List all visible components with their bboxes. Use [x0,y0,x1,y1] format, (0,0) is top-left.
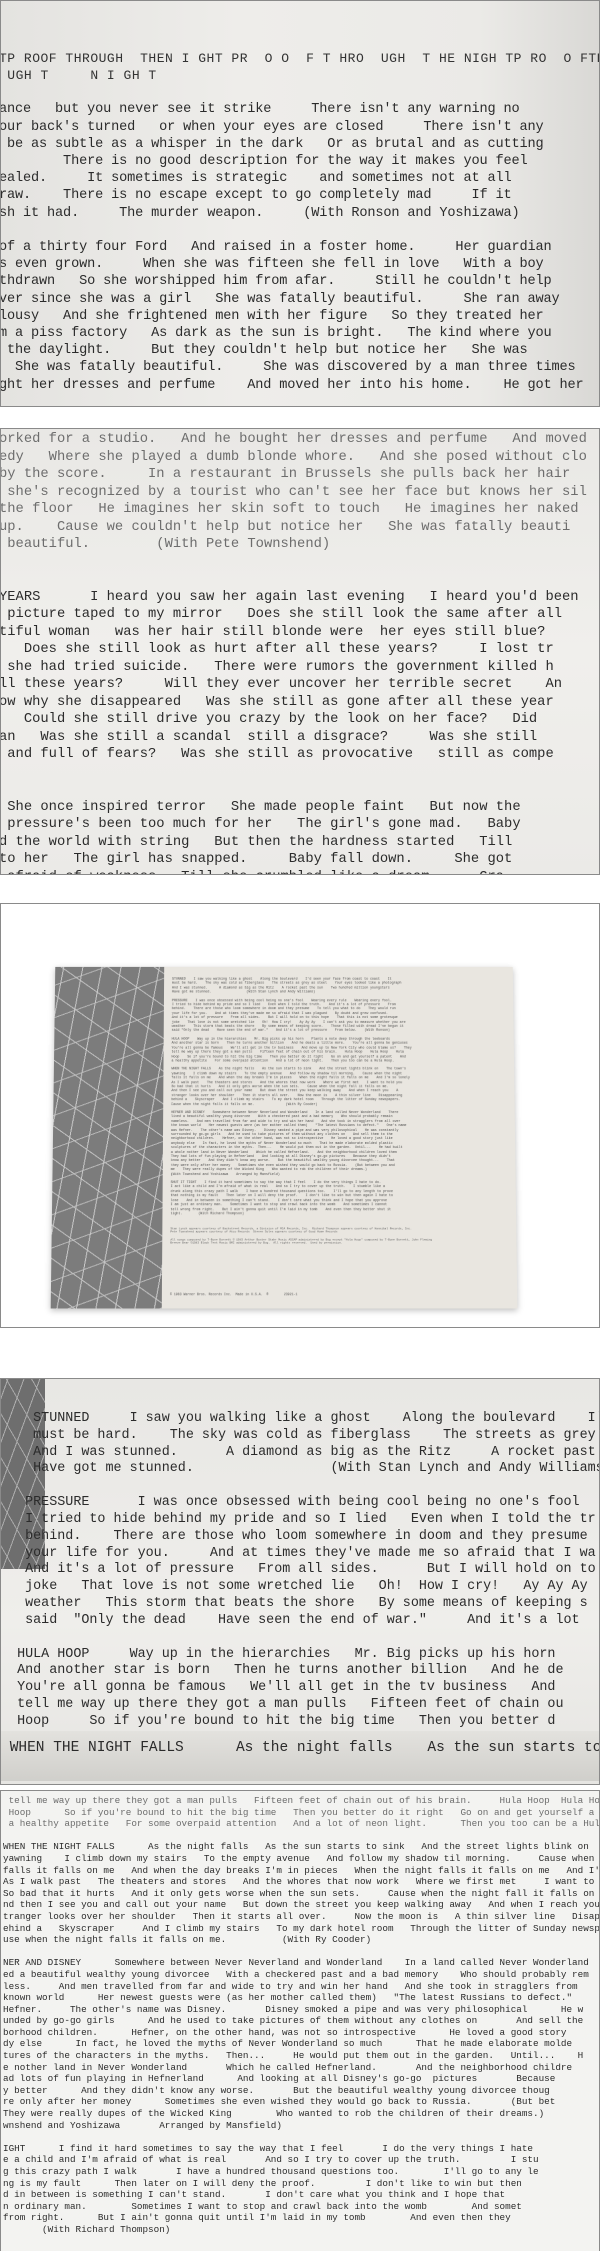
lyric-line: wnshend and Yoshizawa Arranged by Mansfi… [3,2120,599,2132]
lyric-line: she's recognized by a tourist who can't … [0,484,599,502]
lyric-line: g this crazy path I walk I have a hundre… [3,2166,599,2178]
lyric-line: And another star is born Then he turns a… [1,1663,599,1680]
sleeve-song-block: HULA HOOP Way up in the hierarchies Mr. … [171,1037,506,1063]
lyric-line: weather This storm that beats the shore … [1,1596,599,1613]
lyric-line: IGHT I find it hard sometimes to say the… [3,2143,599,2155]
lyric-line: ver since she was a girl She was fatally… [0,291,599,308]
lyric-line: by the score. In a restaurant in Brussel… [0,466,599,484]
lyric-line: your life for you. And at times they've … [1,1546,599,1563]
lyric-line: she had tried suicide. There were rumors… [0,659,599,677]
line-gap [3,1830,599,1842]
lyric-line: be as subtle as a whisper in the dark Or… [0,136,599,153]
lyric-line: pressure's been too much for her The gir… [0,816,599,834]
lyric-line: YEARS I heard you saw her again last eve… [0,589,599,607]
lyric-line: the floor He imagines her skin soft to t… [0,501,599,519]
lyric-line: use when the night falls it falls on me.… [3,1934,599,1946]
sleeve-credits-1: Stan Lynch appears courtesy of Backstree… [170,1227,411,1233]
lyric-line: As I walk past The theaters and stores A… [3,1876,599,1888]
lyric-line: WHEN THE NIGHT FALLS As the night falls … [3,1841,599,1853]
lyric-line: ed a beautiful wealthy young divorcee Wi… [3,1969,599,1981]
lyric-line: e nother land in Never Wonderland Which … [3,2062,599,2074]
lyric-line: raw. There is no escape except to go com… [0,187,599,204]
line-gap [0,571,599,589]
lyric-line: ght her dresses and perfume And moved he… [0,377,599,394]
lyric-line: tranger looks over her shoulder Then it … [3,1911,599,1923]
lyric-line: said "Only the dead Have seen the end of… [1,1613,599,1630]
lyric-line: Hoop So if you're bound to hit the big t… [3,1807,599,1819]
lyric-line: edy Where she played a dumb blonde whore… [0,449,599,467]
lyric-line: unded by go-go girls And he used to take… [3,2015,599,2027]
sleeve-song-block: WHEN THE NIGHT FALLS As the night falls … [171,1067,506,1106]
sleeve-lyrics: STUNNED I saw you walking like a ghost A… [170,977,508,1220]
lyric-line: a healthy appetite For some overpaid att… [3,1818,599,1830]
sleeve-song-block: STUNNED I saw you walking like a ghost A… [172,977,505,994]
lyric-line: thdrawn So she worshipped him from afar.… [0,273,599,290]
lyric-line: our back's turned or when your eyes are … [0,119,599,136]
lyric-line: ll these years? Will they ever uncover h… [0,676,599,694]
lyric-line: I tried to hide behind my pride and so I… [1,1512,599,1529]
lyric-line: m a piss factory As dark as the sun is b… [0,325,599,342]
lyric-line: NER AND DISNEY Somewhere between Never N… [3,1957,599,1969]
lyric-line: UGH T N I GH T [0,67,599,84]
lyric-line: So bad that it hurts And it only gets wo… [3,1888,599,1900]
sleeve-song-block: SHUT IT TIGHT I find it hard sometimes t… [170,1180,508,1215]
lyric-line: They were really dupes of the Wicked Kin… [3,2108,599,2120]
lyric-photo-panel-2: orked for a studio. And he bought her dr… [0,428,600,875]
lyric-line: You're all gonna be famous We'll all get… [1,1680,599,1697]
lyric-text-block: TP ROOF THROUGH THEN I GHT PR O O F T HR… [0,7,599,394]
lyric-line: the daylight. But they couldn't help but… [0,342,599,359]
lyric-line: ance but you never see it strike There i… [0,101,599,118]
scratched-artwork-strip [51,967,165,1309]
lyric-line: afraid of weakness Till she crumbled lik… [0,869,599,876]
line-gap [3,1946,599,1958]
sleeve-song-block: PRESSURE I was once obsessed with being … [172,998,506,1033]
lyric-line: joke That love is not some wretched lie … [1,1579,599,1596]
sleeve-credits-2: All songs composed by T-Bone Burnett © 1… [170,1238,432,1244]
lyric-line: Does she still look as hurt after all th… [0,641,599,659]
lyric-line: known world Her newest guests were (as h… [3,1992,599,2004]
lyric-line: PRESSURE I was once obsessed with being … [1,1495,599,1512]
lyric-line: Hefner. The other's name was Disney. Dis… [3,2004,599,2016]
lyric-line: tell me way up there they got a man pull… [1,1697,599,1714]
line-gap [0,222,599,239]
lyric-line: lousy And she frightened men with her fi… [0,308,599,325]
lyric-line: beautiful. (With Pete Townshend) [0,536,599,554]
inner-sleeve-photo-panel: STUNNED I saw you walking like a ghost A… [0,903,600,1328]
lyric-line: picture taped to my mirror Does she stil… [0,606,599,624]
lyric-line: And it's a lot of pressure From all side… [1,1562,599,1579]
lyric-text-block: STUNNED I saw you walking like a ghost A… [1,1411,599,1747]
lyric-line: falls it falls on me And when the day br… [3,1865,599,1877]
lyric-line: and full of fears? Was she still as prov… [0,746,599,764]
lyric-line: tiful woman was her hair still blonde we… [0,624,599,642]
lyric-line: Have got me stunned. (With Stan Lynch an… [1,1461,599,1478]
lyric-photo-panel-1: TP ROOF THROUGH THEN I GHT PR O O F T HR… [0,0,600,407]
lyric-line: ehind a Skyscraper And I climb my stairs… [3,1923,599,1935]
lyric-line: yawning I climb down my stairs To the em… [3,1853,599,1865]
lyric-line: d the world with string But then the har… [0,834,599,852]
line-gap [0,554,599,572]
lyric-line: HULA HOOP Way up in the hierarchies Mr. … [1,1647,599,1664]
lyric-line: There is no good description for the way… [0,153,599,170]
lyric-line: STUNNED I saw you walking like a ghost A… [1,1411,599,1428]
lyric-photo-panel-4: STUNNED I saw you walking like a ghost A… [0,1378,600,1785]
lyric-line: borhood children. Hefner, on the other h… [3,2027,599,2039]
lyric-line: n ordinary man. Sometimes I want to stop… [3,2201,599,2213]
lyric-line: TP ROOF THROUGH THEN I GHT PR O O F T HR… [0,50,599,67]
lyric-line: tell me way up there they got a man pull… [3,1795,599,1807]
lyric-line: an Was she still a scandal still a disgr… [0,729,599,747]
lyric-line: to her The girl has snapped. Baby fall d… [0,851,599,869]
lyric-line: up. Cause we couldn't help but notice he… [0,519,599,537]
lyric-line: She once inspired terror She made people… [0,799,599,817]
lyric-line: d in between is something I can't stand.… [3,2189,599,2201]
lyric-line: dy else In fact, he loved the myths of N… [3,2038,599,2050]
lyric-line: orked for a studio. And he bought her dr… [0,431,599,449]
lyric-line: tures of the characters in the myths. Th… [3,2050,599,2062]
lyric-text-block: tell me way up there they got a man pull… [3,1795,599,2236]
lyric-line: s even grown. When she was fifteen she f… [0,256,599,273]
lyric-line: And I was stunned. A diamond as big as t… [1,1445,599,1462]
lyric-text-block: orked for a studio. And he bought her dr… [0,431,599,875]
lyric-photo-panel-5: tell me way up there they got a man pull… [0,1790,600,2251]
lyric-line: ad lots of fun playing in Hefnerland And… [3,2073,599,2085]
lyric-line: of a thirty four Ford And raised in a fo… [0,239,599,256]
lyric-line: ealed. It sometimes is strategic and som… [0,170,599,187]
lyric-line: behind. There are those who loom somewhe… [1,1529,599,1546]
inner-sleeve: STUNNED I saw you walking like a ghost A… [51,967,518,1309]
lyric-line: sh it had. The murder weapon. (With Rons… [0,205,599,222]
lyric-line: Hoop So if you're bound to hit the big t… [1,1714,599,1731]
lyric-line: (With Richard Thompson) [3,2224,599,2236]
lyric-line: less. And men travelled from far and wid… [3,1981,599,1993]
line-gap [0,781,599,799]
lyric-line: re only after her money Sometimes she ev… [3,2096,599,2108]
lyric-line: must be hard. The sky was cold as fiberg… [1,1428,599,1445]
lyric-line: from right. But I ain't gonna quit until… [3,2212,599,2224]
lyric-line: nd then I see you and call out your name… [3,1899,599,1911]
lyric-line: ow why she disappeared Was she still as … [0,694,599,712]
sleeve-copyright: © 1983 Warner Bros. Records Inc. Made in… [170,1292,297,1296]
lyric-line: y better And they didn't know any worse.… [3,2085,599,2097]
line-gap [0,764,599,782]
lyric-line: e a child and I'm afraid of what is real… [3,2154,599,2166]
lyric-line: Could she still drive you crazy by the l… [0,711,599,729]
sleeve-song-block: HEFNER AND DISNEY Somewhere between Neve… [171,1110,508,1176]
lyric-line: She was fatally beautiful. She was disco… [0,359,599,376]
when-the-night-falls-heading: WHEN THE NIGHT FALLS As the night falls … [1,1739,599,1757]
line-gap [3,2131,599,2143]
lyric-line: ng is my fault Then later on I will deny… [3,2178,599,2190]
